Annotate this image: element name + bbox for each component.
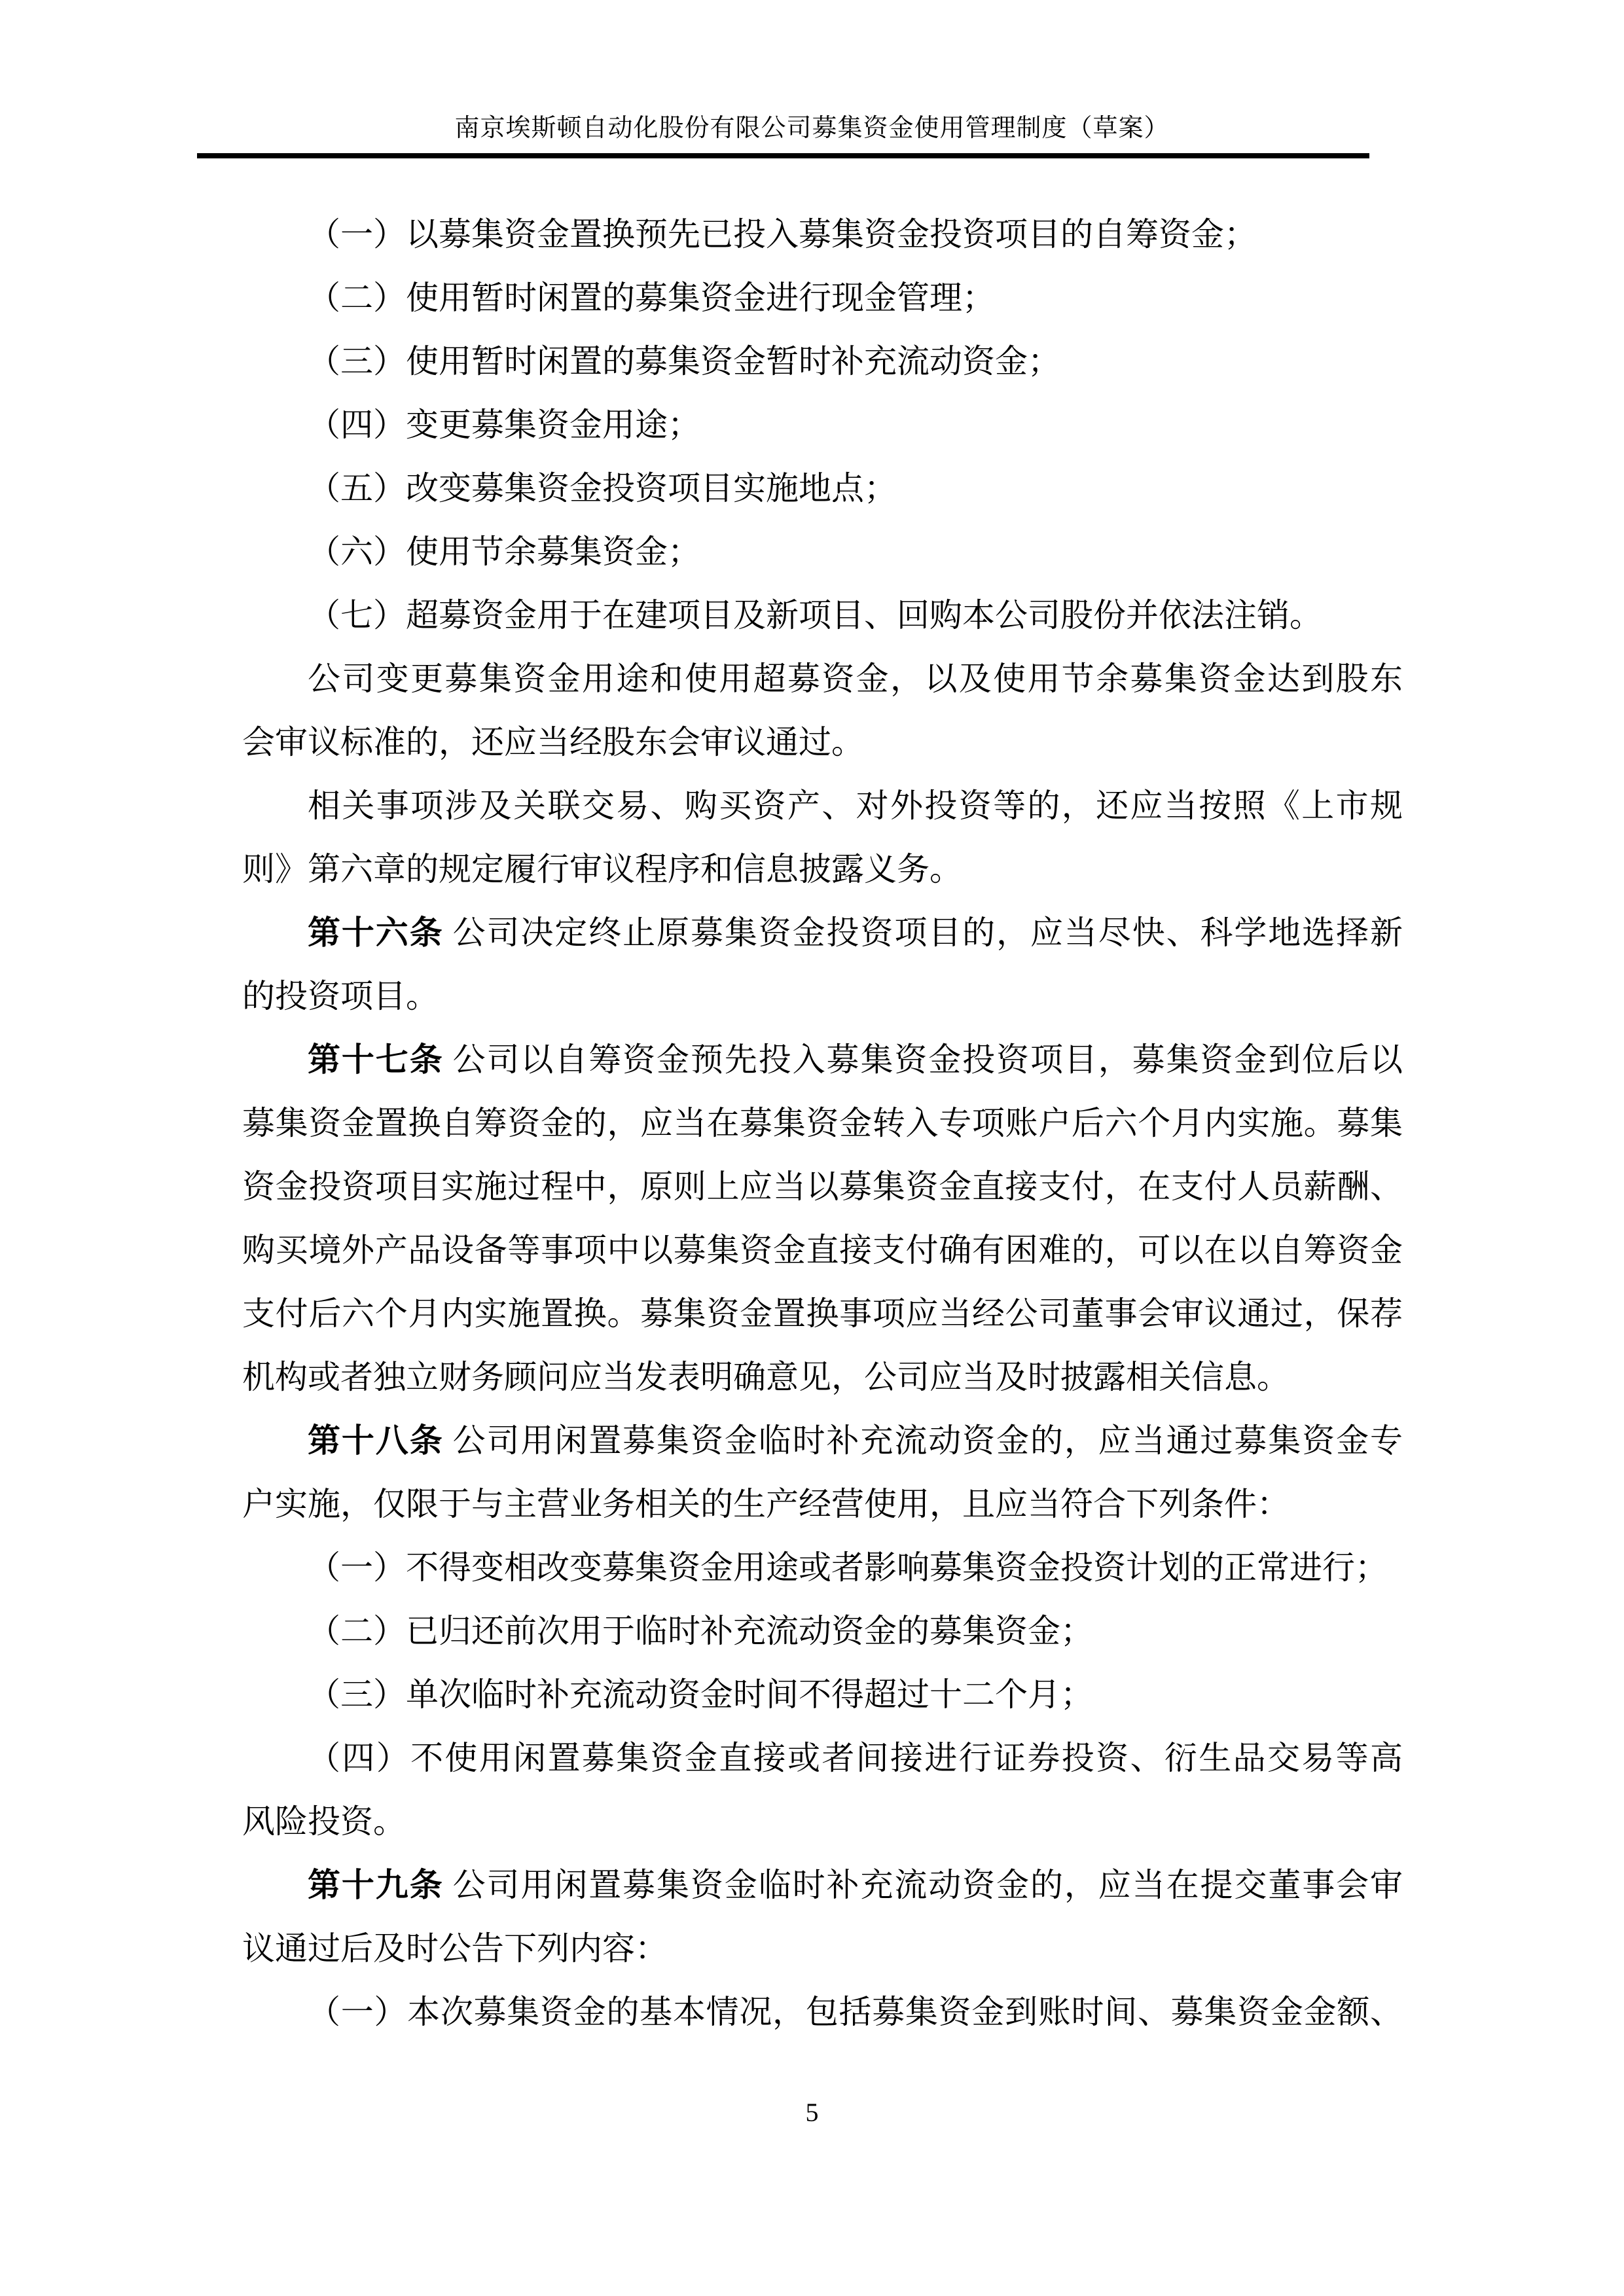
line-text: 的投资项目。: [242, 978, 439, 1014]
line-text: （二）使用暂时闲置的募集资金进行现金管理；: [308, 279, 995, 316]
body-line: 公司变更募集资金用途和使用超募资金，以及使用节余募集资金达到股东: [242, 647, 1403, 711]
line-text: （一）不得变相改变募集资金用途或者影响募集资金投资计划的正常进行；: [308, 1549, 1388, 1586]
line-text: （一）本次募集资金的基本情况，包括募集资金到账时间、募集资金金额、: [308, 1994, 1403, 2030]
body-line: （一）不得变相改变募集资金用途或者影响募集资金投资计划的正常进行；: [242, 1536, 1403, 1600]
article-number: 第十九条: [308, 1867, 444, 1903]
body-line: （五）改变募集资金投资项目实施地点；: [242, 457, 1403, 520]
body-line: 会审议标准的，还应当经股东会审议通过。: [242, 711, 1403, 774]
line-text: 相关事项涉及关联交易、购买资产、对外投资等的，还应当按照《上市规: [308, 787, 1403, 824]
article-number: 第十七条: [308, 1041, 444, 1078]
line-text: 购买境外产品设备等事项中以募集资金直接支付确有困难的，可以在以自筹资金: [242, 1232, 1403, 1268]
body-line: 购买境外产品设备等事项中以募集资金直接支付确有困难的，可以在以自筹资金: [242, 1219, 1403, 1282]
header-title: 南京埃斯顿自动化股份有限公司募集资金使用管理制度（草案）: [0, 110, 1624, 147]
header-rule: [197, 153, 1369, 158]
body-line: 的投资项目。: [242, 965, 1403, 1028]
body-line: 第十八条公司用闲置募集资金临时补充流动资金的，应当通过募集资金专: [242, 1409, 1403, 1473]
body-line: 相关事项涉及关联交易、购买资产、对外投资等的，还应当按照《上市规: [242, 774, 1403, 838]
line-text: （七）超募资金用于在建项目及新项目、回购本公司股份并依法注销。: [308, 597, 1322, 634]
line-text: 公司变更募集资金用途和使用超募资金，以及使用节余募集资金达到股东: [308, 660, 1403, 697]
body-line: （一）本次募集资金的基本情况，包括募集资金到账时间、募集资金金额、: [242, 1981, 1403, 2044]
body-line: 资金投资项目实施过程中，原则上应当以募集资金直接支付，在支付人员薪酬、: [242, 1155, 1403, 1219]
article-number: 第十六条: [308, 914, 444, 951]
body-line: 第十六条公司决定终止原募集资金投资项目的，应当尽快、科学地选择新: [242, 901, 1403, 965]
line-text: 募集资金置换自筹资金的，应当在募集资金转入专项账户后六个月内实施。募集: [242, 1105, 1403, 1141]
body-line: 议通过后及时公告下列内容：: [242, 1917, 1403, 1981]
line-text: （六）使用节余募集资金；: [308, 533, 700, 570]
body-line: （四）不使用闲置募集资金直接或者间接进行证券投资、衍生品交易等高: [242, 1727, 1403, 1790]
line-text: 支付后六个月内实施置换。募集资金置换事项应当经公司董事会审议通过，保荐: [242, 1295, 1403, 1332]
line-text: 则》第六章的规定履行审议程序和信息披露义务。: [242, 851, 962, 888]
page-number: 5: [0, 2092, 1624, 2134]
body-line: （三）使用暂时闲置的募集资金暂时补充流动资金；: [242, 330, 1403, 393]
line-text: 公司用闲置募集资金临时补充流动资金的，应当在提交董事会审: [453, 1867, 1403, 1903]
body-line: 募集资金置换自筹资金的，应当在募集资金转入专项账户后六个月内实施。募集: [242, 1092, 1403, 1155]
line-text: （五）改变募集资金投资项目实施地点；: [308, 470, 897, 507]
document-body: （一）以募集资金置换预先已投入募集资金投资项目的自筹资金；（二）使用暂时闲置的募…: [242, 203, 1403, 2044]
body-line: （二）已归还前次用于临时补充流动资金的募集资金；: [242, 1600, 1403, 1663]
body-line: （六）使用节余募集资金；: [242, 520, 1403, 584]
line-text: 资金投资项目实施过程中，原则上应当以募集资金直接支付，在支付人员薪酬、: [242, 1168, 1403, 1205]
body-line: 则》第六章的规定履行审议程序和信息披露义务。: [242, 838, 1403, 901]
line-text: （一）以募集资金置换预先已投入募集资金投资项目的自筹资金；: [308, 216, 1257, 253]
body-line: 风险投资。: [242, 1790, 1403, 1854]
line-text: 公司用闲置募集资金临时补充流动资金的，应当通过募集资金专: [453, 1422, 1403, 1459]
line-text: 议通过后及时公告下列内容：: [242, 1930, 668, 1967]
line-text: （三）使用暂时闲置的募集资金暂时补充流动资金；: [308, 343, 1060, 380]
body-line: （三）单次临时补充流动资金时间不得超过十二个月；: [242, 1663, 1403, 1727]
body-line: （四）变更募集资金用途；: [242, 393, 1403, 457]
article-number: 第十八条: [308, 1422, 444, 1459]
line-text: （四）变更募集资金用途；: [308, 406, 700, 443]
line-text: 公司决定终止原募集资金投资项目的，应当尽快、科学地选择新: [453, 914, 1403, 951]
line-text: 会审议标准的，还应当经股东会审议通过。: [242, 724, 864, 761]
document-page: 南京埃斯顿自动化股份有限公司募集资金使用管理制度（草案） （一）以募集资金置换预…: [0, 0, 1624, 2296]
line-text: 风险投资。: [242, 1803, 406, 1840]
body-line: （一）以募集资金置换预先已投入募集资金投资项目的自筹资金；: [242, 203, 1403, 266]
body-line: 第十七条公司以自筹资金预先投入募集资金投资项目，募集资金到位后以: [242, 1028, 1403, 1092]
body-line: 支付后六个月内实施置换。募集资金置换事项应当经公司董事会审议通过，保荐: [242, 1282, 1403, 1346]
body-line: 第十九条公司用闲置募集资金临时补充流动资金的，应当在提交董事会审: [242, 1854, 1403, 1917]
line-text: 公司以自筹资金预先投入募集资金投资项目，募集资金到位后以: [453, 1041, 1403, 1078]
body-line: （二）使用暂时闲置的募集资金进行现金管理；: [242, 266, 1403, 330]
body-line: 机构或者独立财务顾问应当发表明确意见，公司应当及时披露相关信息。: [242, 1346, 1403, 1409]
line-text: 机构或者独立财务顾问应当发表明确意见，公司应当及时披露相关信息。: [242, 1359, 1290, 1395]
line-text: （三）单次临时补充流动资金时间不得超过十二个月；: [308, 1676, 1093, 1713]
line-text: （四）不使用闲置募集资金直接或者间接进行证券投资、衍生品交易等高: [308, 1740, 1403, 1776]
body-line: （七）超募资金用于在建项目及新项目、回购本公司股份并依法注销。: [242, 584, 1403, 647]
body-line: 户实施，仅限于与主营业务相关的生产经营使用，且应当符合下列条件：: [242, 1473, 1403, 1536]
line-text: （二）已归还前次用于临时补充流动资金的募集资金；: [308, 1613, 1093, 1649]
line-text: 户实施，仅限于与主营业务相关的生产经营使用，且应当符合下列条件：: [242, 1486, 1290, 1522]
